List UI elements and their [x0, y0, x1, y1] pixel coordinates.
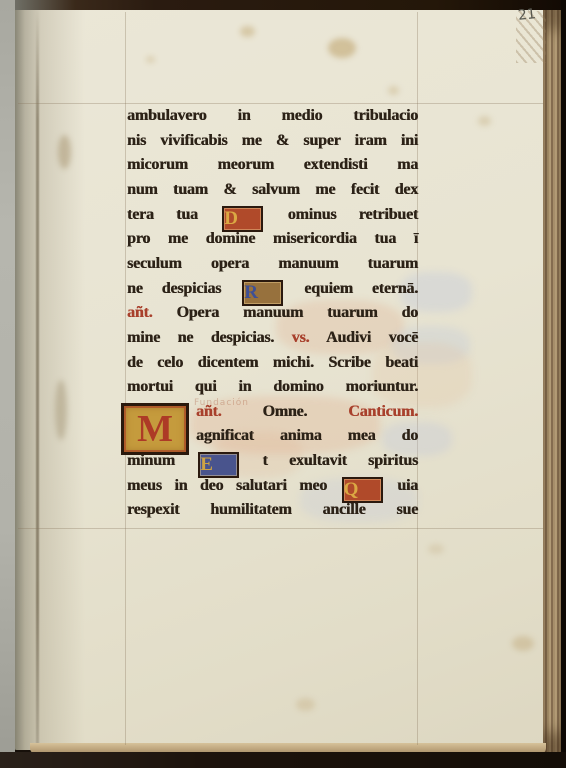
body-text: Audivi vocē — [326, 329, 418, 346]
body-text: ambulavero in medio tribulacio — [127, 107, 418, 124]
text-block: ambulavero in medio tribulacionis vivifi… — [0, 0, 566, 768]
body-text: meus in deo salutari meo — [127, 477, 327, 494]
body-text: t exultavit spiritus — [263, 452, 418, 469]
manuscript-line: pro me domine misericordia tua ī — [127, 226, 418, 251]
manuscript-line: ambulavero in medio tribulacio — [127, 103, 418, 128]
manuscript-line: mortui qui in domino moriuntur. — [127, 374, 418, 399]
body-text: mortui qui in domino moriuntur. — [127, 378, 418, 395]
body-text: mine ne despicias. — [127, 329, 274, 346]
body-text: agnificat anima mea do — [196, 427, 418, 444]
manuscript-line: de celo dicentem michi. Scribe beati — [127, 350, 418, 375]
manuscript-line: respexit humilitatem ancille sue — [127, 497, 418, 522]
body-text: respexit humilitatem ancille sue — [127, 501, 418, 518]
manuscript-line: mine ne despicias. vs. Audivi vocē — [127, 325, 418, 350]
body-text: nis vivificabis me & super iram ini — [127, 132, 418, 149]
body-text: num tuam & salvum me fecit dex — [127, 181, 418, 198]
body-text: Omne. — [262, 403, 307, 420]
manuscript-line: meus in deo salutari meo Q uia — [127, 473, 418, 498]
body-text: seculum opera manuum tuarum — [127, 255, 418, 272]
manuscript-line: ne despicias R equiem eternā. — [127, 276, 418, 301]
rubric-text: Canticum. — [348, 403, 418, 420]
manuscript-line: añt. Opera manuum tuarum do — [127, 300, 418, 325]
body-text: minum — [127, 452, 175, 469]
body-text: pro me domine misericordia tua ī — [127, 230, 418, 247]
body-text: Opera manuum tuarum do — [176, 304, 418, 321]
manuscript-line: añt. Omne. Canticum. — [196, 399, 418, 424]
body-text: ne despicias — [127, 280, 221, 297]
body-text: micorum meorum extendisti ma — [127, 156, 418, 173]
manuscript-line: micorum meorum extendisti ma — [127, 152, 418, 177]
body-text: tera tua — [127, 206, 198, 223]
manuscript-line: num tuam & salvum me fecit dex — [127, 177, 418, 202]
body-text: uia — [397, 477, 418, 494]
rubric-text: añt. — [127, 304, 152, 321]
rubric-text: añt. — [196, 403, 221, 420]
rubric-text: vs. — [292, 329, 310, 346]
body-text: de celo dicentem michi. Scribe beati — [127, 354, 418, 371]
manuscript-line: tera tua D ominus retribuet — [127, 202, 418, 227]
body-text: ominus retribuet — [288, 206, 418, 223]
body-text: equiem eternā. — [304, 280, 418, 297]
manuscript-line: seculum opera manuum tuarum — [127, 251, 418, 276]
manuscript-line: minum E t exultavit spiritus — [127, 448, 418, 473]
manuscript-line: agnificat anima mea do — [196, 423, 418, 448]
manuscript-line: nis vivificabis me & super iram ini — [127, 128, 418, 153]
